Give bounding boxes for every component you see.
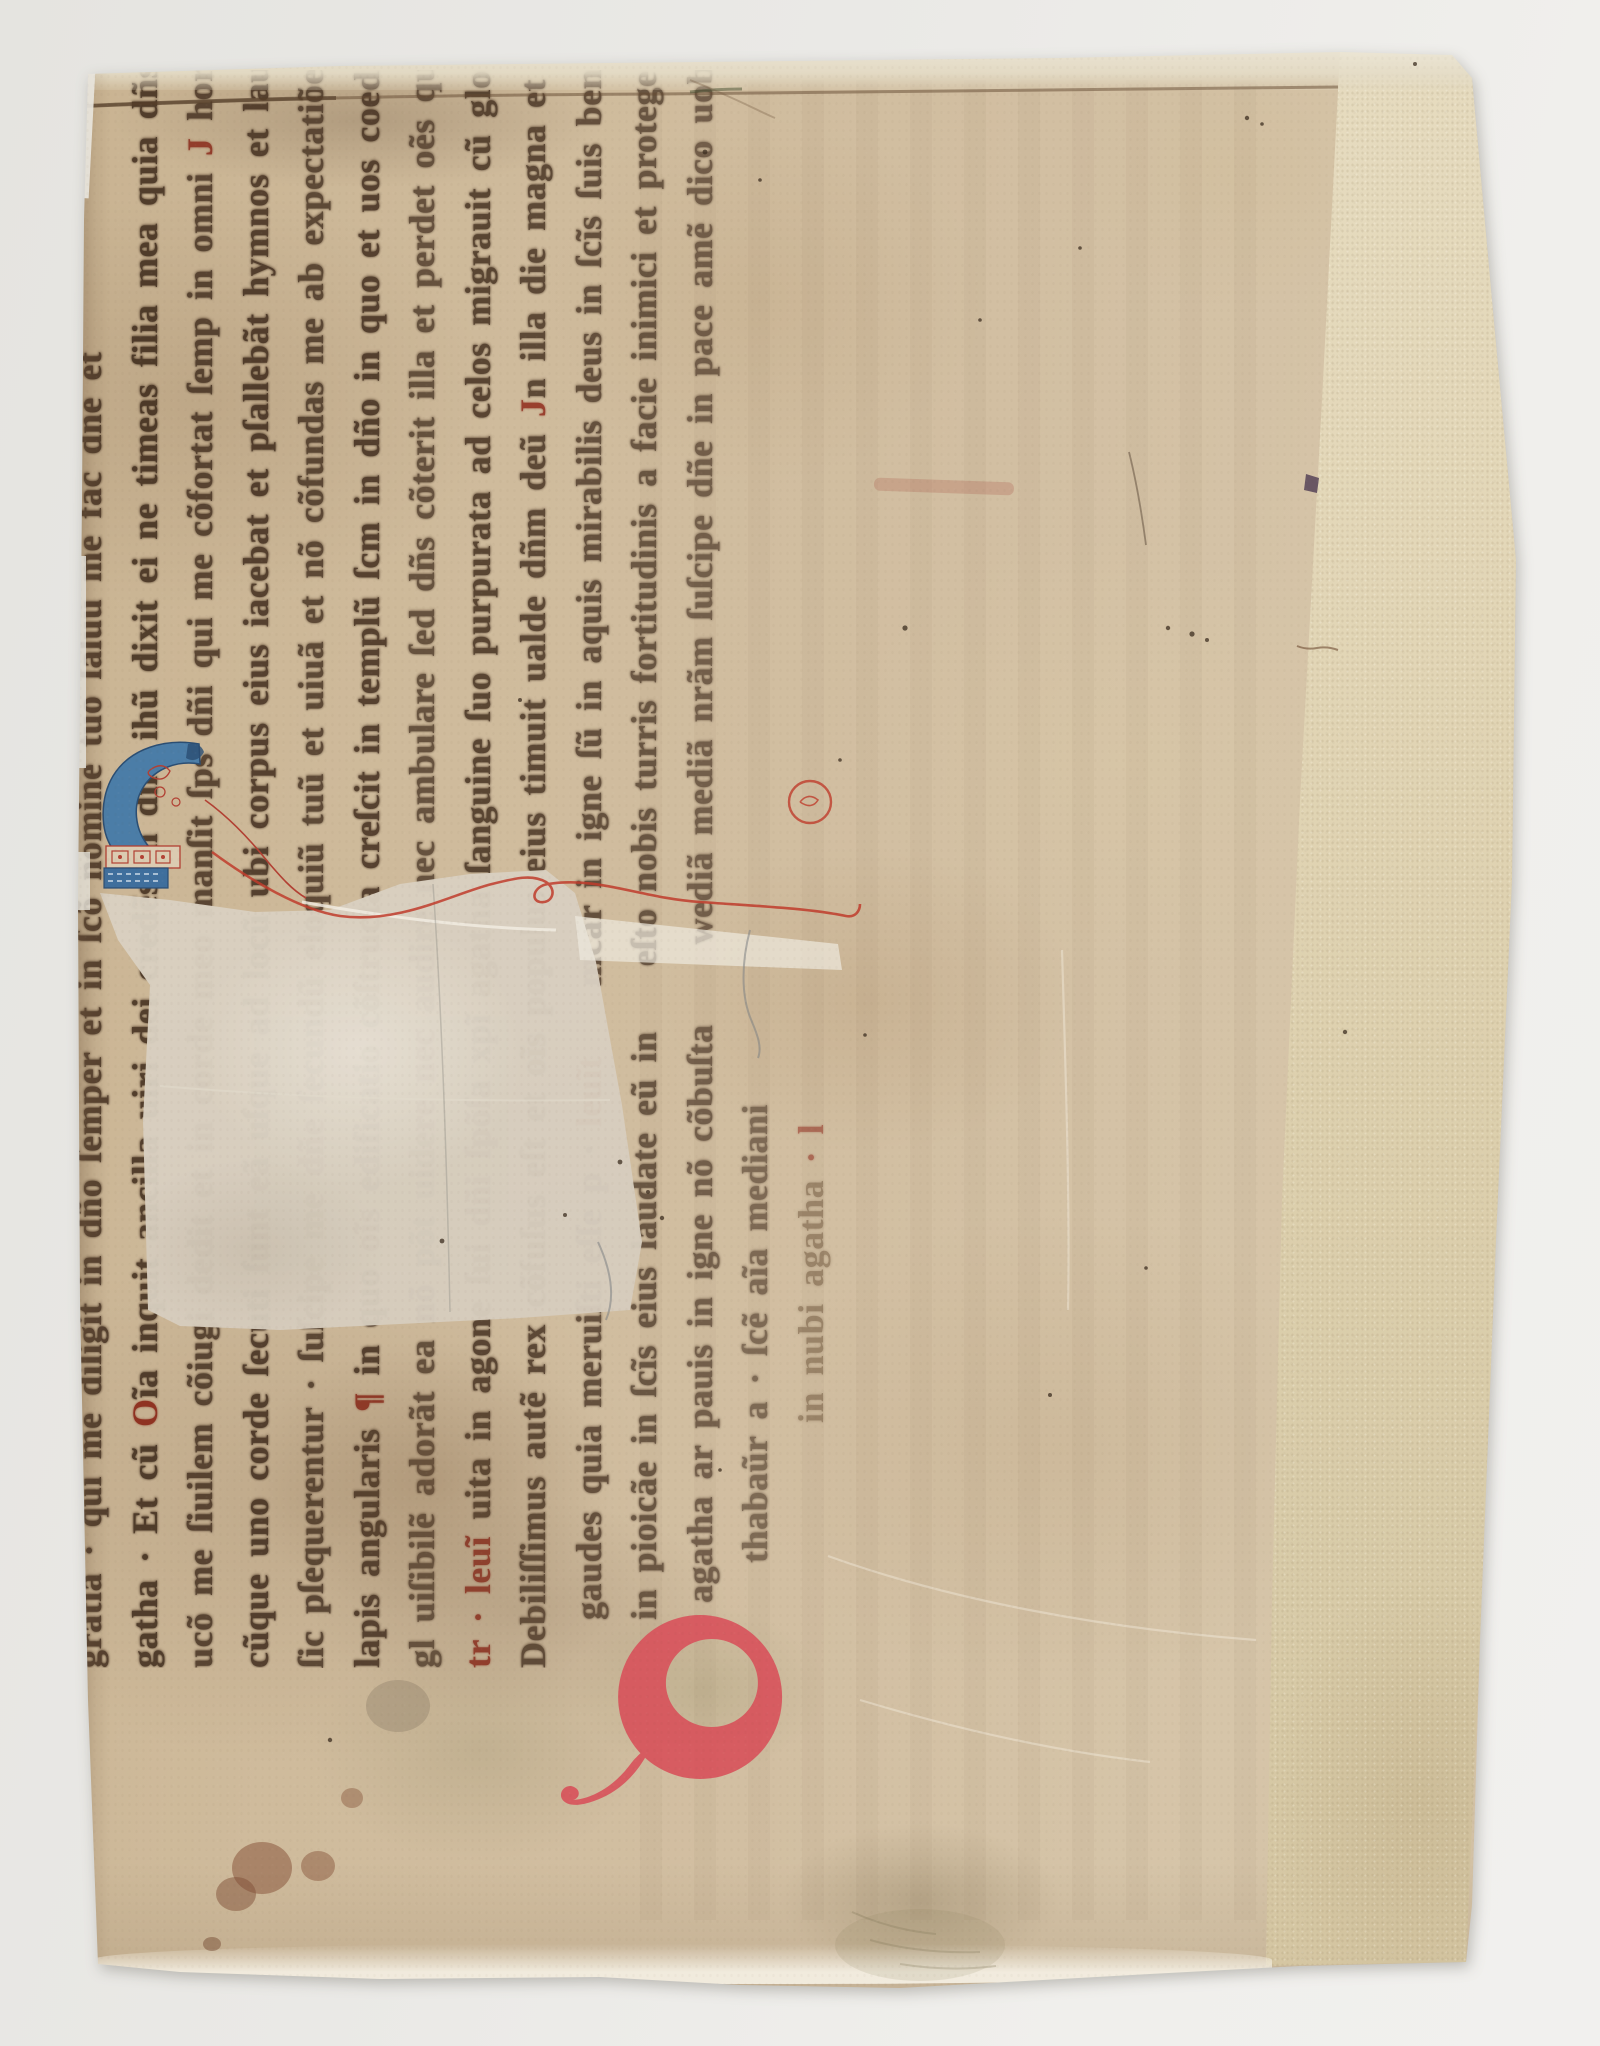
- text-column: cũque uno corde ſecuti ſunt eã uſque ad …: [229, 70, 285, 1668]
- text-column: gl uiſibilẽ adorãt ea nõ põt uidere nec …: [395, 70, 451, 1668]
- brown-stain-blobs: [203, 1680, 430, 1951]
- rubric-text: ¶: [347, 1392, 387, 1412]
- text-column: tr · leuĩ uita in agone ſui dñi ſpõſa xp…: [451, 70, 507, 1668]
- rubric-text: O: [125, 1398, 165, 1427]
- text-gap: [655, 1620, 656, 1668]
- text-columns: gratia · qui me diligit in dño ſemper et…: [62, 70, 839, 1668]
- text-column: gaudes quia meruiſti eſſe p · leuĩtmcãr …: [562, 70, 618, 1668]
- text-gap: [711, 945, 712, 1025]
- text-gap: [600, 1620, 601, 1668]
- text-column: gatha · Et cũ Oĩa inquit ancilla uiri de…: [118, 70, 174, 1668]
- page-shadow-wrap: gratia · qui me diligit in dño ſemper et…: [0, 0, 1600, 2046]
- rubric-text: tr · leuĩ: [458, 1520, 498, 1668]
- ink-blot: [1304, 474, 1319, 493]
- text-column: in pioicãe in ſcĩs eius laudate eũ ineſt…: [617, 70, 673, 1668]
- left-edge-shadow: [76, 66, 110, 1971]
- text-gap: [822, 1423, 823, 1668]
- ink-text: in nubi agatha: [791, 1180, 831, 1423]
- rubric-text: J: [180, 138, 220, 157]
- ink-text: eſto nobis turris fortitudinis a facie i…: [624, 70, 664, 966]
- text-gap: [711, 1603, 712, 1668]
- crack-line: [1129, 452, 1146, 545]
- ink-text: gatha · Et cũ: [125, 1427, 165, 1668]
- rubric-text: J: [513, 399, 553, 418]
- text-column: agatha ar pauis in igne nõ cõbuſtawediã …: [673, 70, 729, 1668]
- ink-text: gl uiſibilẽ adorãt ea nõ põt uidere nec …: [402, 70, 442, 1668]
- text-gap: [655, 966, 656, 1031]
- ink-text: agatha ar pauis in igne nõ cõbuſta: [680, 1025, 720, 1603]
- bottom-edge-highlight: [92, 1944, 1272, 1984]
- manuscript-page: gratia · qui me diligit in dño ſemper et…: [0, 0, 1600, 2046]
- ink-text: wediã mediã nrãm ſuſcipe dñe in pace amẽ…: [680, 70, 720, 945]
- ink-text: n illa die magna et amara ualde dño: [513, 70, 553, 399]
- text-gap: [766, 1563, 767, 1668]
- light-creases: [828, 950, 1256, 1762]
- ink-text: lapis angularis: [347, 1412, 387, 1668]
- text-column: ucõ me ſiuilem cõiugi dedit et in corde …: [173, 70, 229, 1668]
- ink-text: cũque uno corde ſecuti ſunt eã uſque ad …: [236, 70, 276, 1668]
- text-column: lapis angularis ¶ in quo oĩs edificatio …: [340, 70, 396, 1668]
- text-column: thabaũr a · ſcẽ aĩa mediani: [728, 70, 784, 1668]
- ink-text: ſic pſequerentur · ſuſcipe me dñe ſecund…: [291, 70, 331, 1668]
- text-column: ſic pſequerentur · ſuſcipe me dñe ſecund…: [284, 70, 340, 1668]
- ink-text: mcãr in igne ſũ in aquis mirabilis deus …: [569, 70, 609, 986]
- text-column: in nubi agatha · l: [784, 70, 840, 1668]
- rotated-text-block: gratia · qui me diligit in dño ſemper et…: [62, 70, 839, 1668]
- photo-backdrop: gratia · qui me diligit in dño ſemper et…: [0, 0, 1600, 2046]
- text-column: Debiliſſimus autẽ rex cõfuſus eſt et oĩs…: [506, 70, 562, 1668]
- red-streak-stain: [874, 478, 1014, 496]
- ink-text: thabaũr a · ſcẽ aĩa mediani: [735, 1104, 775, 1563]
- ink-text: in pioicãe in ſcĩs eius laudate eũ in: [624, 1031, 664, 1620]
- top-fold-band: [80, 52, 1472, 90]
- rubric-text: · l: [791, 1124, 831, 1180]
